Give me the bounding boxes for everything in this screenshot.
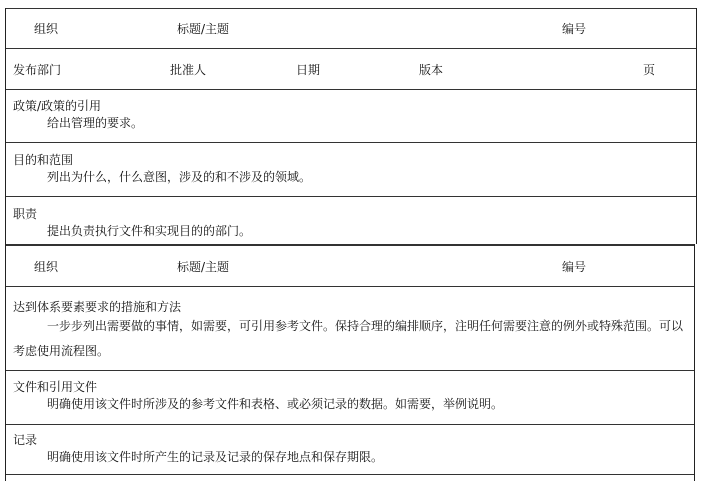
section-documents-references: 文件和引用文件 明确使用该文件时所涉及的参考文件和表格、或必须记录的数据。如需要… — [6, 370, 694, 424]
number-label: 编号 — [562, 260, 586, 274]
version-label: 版本 — [419, 63, 443, 77]
table-bottom-divider — [6, 474, 694, 475]
header-row-1: 组织 标题/主题 编号 — [6, 8, 696, 48]
header-row-2: 发布部门 批准人 日期 版本 页 — [6, 48, 696, 89]
section-body: 给出管理的要求。 — [13, 111, 688, 136]
section-body: 列出为什么，什么意图，涉及的和不涉及的领域。 — [13, 165, 688, 190]
page-label: 页 — [643, 63, 655, 77]
date-label: 日期 — [296, 63, 320, 77]
header-row-3: 组织 标题/主题 编号 — [6, 244, 694, 286]
org-label: 组织 — [34, 260, 58, 274]
number-label: 编号 — [562, 22, 586, 36]
section-measures-methods: 达到体系要素要求的措施和方法 一步步列出需要做的事情，如需要，可引用参考文件。保… — [6, 286, 694, 370]
title-label: 标题/主题 — [177, 260, 229, 274]
section-body: 提出负责执行文件和实现目的的部门。 — [13, 219, 688, 244]
section-body: 一步步列出需要做的事情，如需要，可引用参考文件。保持合理的编排顺序，注明任何需要… — [13, 314, 686, 364]
section-policy: 政策/政策的引用 给出管理的要求。 — [6, 89, 696, 142]
approver-label: 批准人 — [170, 63, 206, 77]
section-records: 记录 明确使用该文件时所产生的记录及记录的保存地点和保存期限。 — [6, 424, 694, 474]
document-form-continuation: 组织 标题/主题 编号 达到体系要素要求的措施和方法 一步步列出需要做的事情，如… — [5, 244, 695, 481]
section-body: 明确使用该文件时所涉及的参考文件和表格、或必须记录的数据。如需要，举例说明。 — [13, 392, 686, 417]
title-label: 标题/主题 — [177, 22, 229, 36]
document-form-top: 组织 标题/主题 编号 发布部门 批准人 日期 版本 页 政策/政策的引用 给出… — [5, 8, 697, 244]
section-purpose-scope: 目的和范围 列出为什么，什么意图，涉及的和不涉及的领域。 — [6, 142, 696, 196]
org-label: 组织 — [34, 22, 58, 36]
section-body: 明确使用该文件时所产生的记录及记录的保存地点和保存期限。 — [13, 445, 686, 470]
section-responsibilities: 职责 提出负责执行文件和实现目的的部门。 — [6, 196, 696, 244]
section-title: 达到体系要素要求的措施和方法 — [13, 300, 181, 314]
issuing-dept-label: 发布部门 — [13, 63, 61, 77]
